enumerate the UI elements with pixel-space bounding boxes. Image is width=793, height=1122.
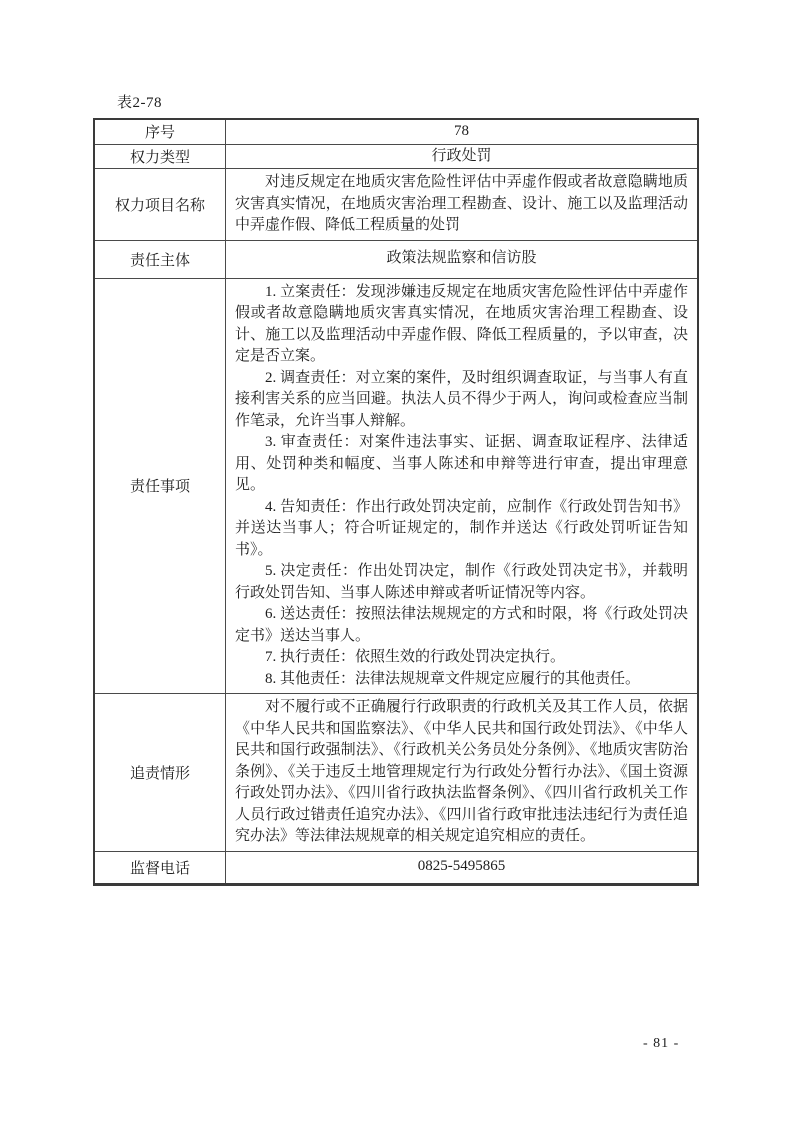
- supervision-phone-value: 0825-5495865: [226, 852, 697, 883]
- row-header-responsibility-items: 责任事项: [95, 279, 226, 694]
- responsibility-item-2: 2. 调查责任：对立案的案件，及时组织调查取证，与当事人有直接利害关系的应当回避…: [235, 368, 688, 433]
- table-row-responsibility-items: 责任事项 1. 立案责任：发现涉嫌违反规定在地质灾害危险性评估中弄虚作假或者故意…: [95, 278, 697, 694]
- row-header-supervision-phone: 监督电话: [95, 852, 226, 883]
- row-header-power-item-name: 权力项目名称: [95, 169, 226, 240]
- power-item-name-value: 对违反规定在地质灾害危险性评估中弄虚作假或者故意隐瞒地质灾害真实情况，在地质灾害…: [226, 169, 697, 240]
- row-header-power-type: 权力类型: [95, 145, 226, 169]
- responsibility-items-value: 1. 立案责任：发现涉嫌违反规定在地质灾害危险性评估中弄虚作假或者故意隐瞒地质灾…: [226, 279, 697, 694]
- power-responsibility-table: 序号 78 权力类型 行政处罚 权力项目名称 对违反规定在地质灾害危险性评估中弄…: [93, 118, 699, 886]
- row-header-responsible-entity: 责任主体: [95, 241, 226, 278]
- table-row-serial-number: 序号 78: [95, 120, 697, 144]
- table-row-responsible-entity: 责任主体 政策法规监察和信访股: [95, 240, 697, 278]
- responsibility-item-4: 4. 告知责任：作出行政处罚决定前，应制作《行政处罚告知书》并送达当事人；符合听…: [235, 497, 688, 562]
- table-row-power-item-name: 权力项目名称 对违反规定在地质灾害危险性评估中弄虚作假或者故意隐瞒地质灾害真实情…: [95, 168, 697, 240]
- table-row-accountability-circumstances: 追责情形 对不履行或不正确履行行政职责的行政机关及其工作人员，依据《中华人民共和…: [95, 693, 697, 851]
- table-row-supervision-phone: 监督电话 0825-5495865: [95, 851, 697, 883]
- table-row-power-type: 权力类型 行政处罚: [95, 144, 697, 169]
- responsible-entity-value: 政策法规监察和信访股: [226, 241, 697, 278]
- serial-number-value: 78: [226, 120, 697, 144]
- responsibility-item-5: 5. 决定责任：作出处罚决定，制作《行政处罚决定书》，并载明行政处罚告知、当事人…: [235, 561, 688, 604]
- responsibility-item-8: 8. 其他责任：法律法规规章文件规定应履行的其他责任。: [235, 669, 688, 691]
- row-header-accountability-circumstances: 追责情形: [95, 694, 226, 851]
- accountability-circumstances-text: 对不履行或不正确履行行政职责的行政机关及其工作人员，依据《中华人民共和国监察法》…: [235, 697, 688, 848]
- page-number: - 81 -: [643, 1036, 679, 1052]
- responsibility-item-1: 1. 立案责任：发现涉嫌违反规定在地质灾害危险性评估中弄虚作假或者故意隐瞒地质灾…: [235, 282, 688, 368]
- responsibility-item-3: 3. 审查责任：对案件违法事实、证据、调查取证程序、法律适用、处罚种类和幅度、当…: [235, 432, 688, 497]
- table-caption: 表2-78: [117, 91, 162, 112]
- power-type-value: 行政处罚: [226, 145, 697, 169]
- responsibility-item-7: 7. 执行责任：依照生效的行政处罚决定执行。: [235, 647, 688, 669]
- responsibility-item-6: 6. 送达责任：按照法律法规规定的方式和时限，将《行政处罚决定书》送达当事人。: [235, 604, 688, 647]
- row-header-serial-number: 序号: [95, 120, 226, 144]
- accountability-circumstances-value: 对不履行或不正确履行行政职责的行政机关及其工作人员，依据《中华人民共和国监察法》…: [226, 694, 697, 851]
- power-item-name-text: 对违反规定在地质灾害危险性评估中弄虚作假或者故意隐瞒地质灾害真实情况，在地质灾害…: [235, 172, 688, 237]
